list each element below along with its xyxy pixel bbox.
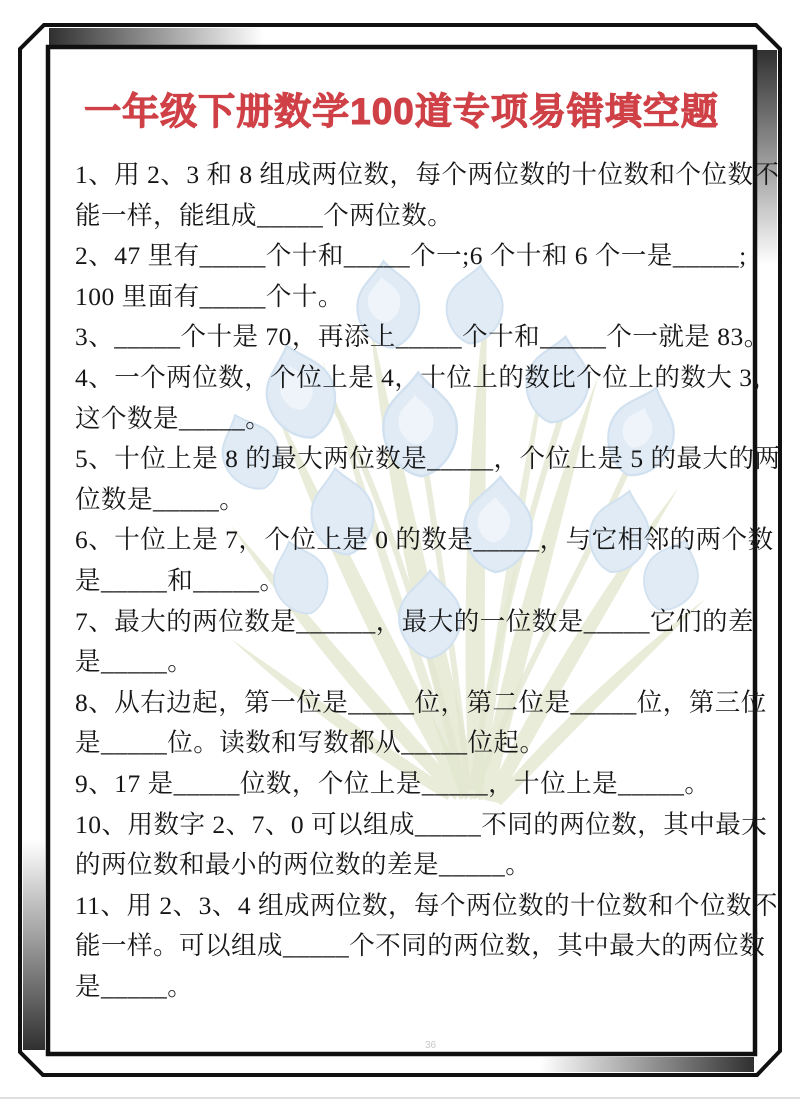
question-line: 是_____位。读数和写数都从_____位起。: [75, 723, 743, 764]
question-line: 是_____。: [75, 642, 743, 683]
question-line: 是_____和_____。: [75, 561, 743, 602]
question-line: 9、17 是_____位数，个位上是_____，十位上是_____。: [75, 764, 743, 805]
question-line: 这个数是_____。: [75, 399, 743, 440]
page-number-watermark: 36: [425, 1040, 436, 1051]
worksheet-content: 一年级下册数学100道专项易错填空题 1、用 2、3 和 8 组成两位数，每个两…: [48, 47, 755, 1054]
question-line: 是_____。: [75, 967, 743, 1008]
question-line: 11、用 2、3、4 组成两位数，每个两位数的十位数和个位数不: [75, 886, 743, 927]
question-list: 1、用 2、3 和 8 组成两位数，每个两位数的十位数和个位数不 能一样，能组成…: [75, 155, 743, 1007]
question-line: 5、十位上是 8 的最大两位数是_____，个位上是 5 的最大的两: [75, 439, 743, 480]
question-line: 10、用数字 2、7、0 可以组成_____不同的两位数，其中最大: [75, 805, 743, 846]
question-line: 3、_____个十是 70，再添上_____个十和_____个一就是 83。: [75, 317, 743, 358]
worksheet-page: 一年级下册数学100道专项易错填空题 1、用 2、3 和 8 组成两位数，每个两…: [0, 0, 800, 1104]
question-line: 能一样，能组成_____个两位数。: [75, 196, 743, 237]
question-line: 4、一个两位数，个位上是 4，十位上的数比个位上的数大 3，: [75, 358, 743, 399]
question-line: 的两位数和最小的两位数的差是_____。: [75, 845, 743, 886]
question-line: 7、最大的两位数是______，最大的一位数是_____它们的差: [75, 602, 743, 643]
question-line: 8、从右边起，第一位是_____位，第二位是_____位，第三位: [75, 683, 743, 724]
question-line: 位数是_____。: [75, 480, 743, 521]
question-line: 6、十位上是 7，个位上是 0 的数是_____，与它相邻的两个数: [75, 520, 743, 561]
question-line: 能一样。可以组成_____个不同的两位数，其中最大的两位数: [75, 926, 743, 967]
question-line: 2、47 里有_____个十和_____个一;6 个十和 6 个一是_____;: [75, 236, 743, 277]
question-line: 100 里面有_____个十。: [75, 277, 743, 318]
question-line: 1、用 2、3 和 8 组成两位数，每个两位数的十位数和个位数不: [75, 155, 743, 196]
page-title: 一年级下册数学100道专项易错填空题: [58, 81, 745, 135]
